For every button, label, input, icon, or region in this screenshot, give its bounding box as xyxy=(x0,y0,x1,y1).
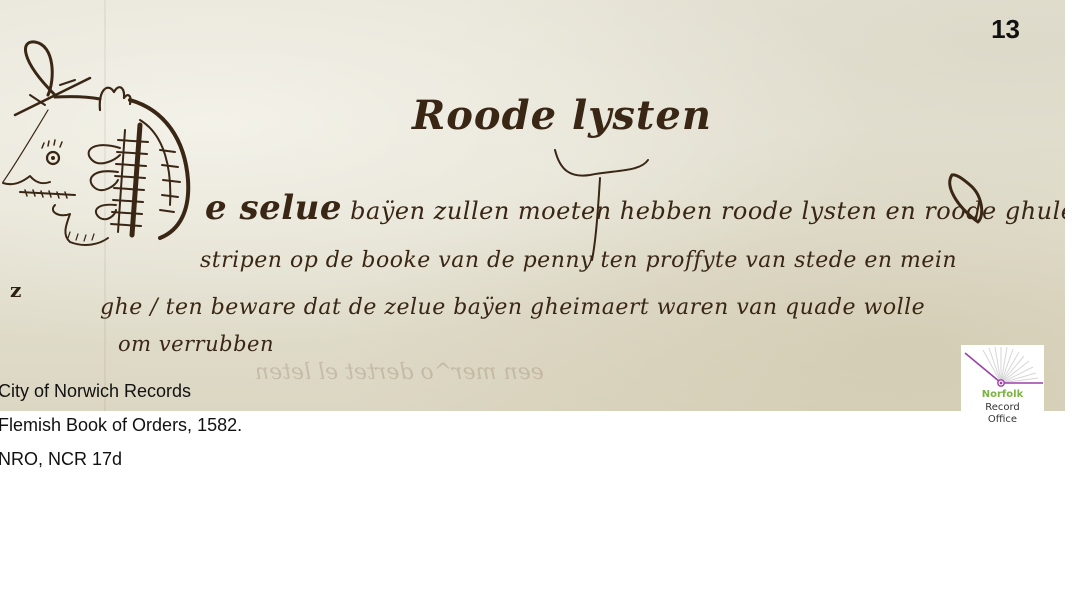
logo-text-record: Record xyxy=(961,402,1044,414)
slide-page-number: 13 xyxy=(991,14,1020,45)
manuscript-image: Roode lysten e selue baÿen zullen moeten… xyxy=(0,0,1065,411)
logo-text-norfolk: Norfolk xyxy=(961,389,1044,401)
manuscript-line-4: om verrubben xyxy=(118,332,274,356)
caption-collection: City of Norwich Records xyxy=(0,381,191,402)
caption-document-title: Flemish Book of Orders, 1582. xyxy=(0,415,242,436)
logo-text-office: Office xyxy=(961,414,1044,426)
manuscript-line-1: e selue baÿen zullen moeten hebben roode… xyxy=(205,188,1065,228)
margin-mark: z xyxy=(10,278,21,302)
manuscript-line-1-lead: e selue xyxy=(205,188,342,228)
manuscript-line-2: stripen op de booke van de penny ten pro… xyxy=(200,248,957,273)
caption-reference: NRO, NCR 17d xyxy=(0,449,122,470)
manuscript-line-3: ghe / ten beware dat de zelue baÿen ghei… xyxy=(100,295,925,320)
open-book-fan-icon xyxy=(961,345,1044,390)
manuscript-heading: Roode lysten xyxy=(412,92,712,139)
norfolk-record-office-logo: Norfolk Record Office xyxy=(961,345,1044,431)
manuscript-line-1-text: baÿen zullen moeten hebben roode lysten … xyxy=(350,197,1065,225)
bleed-through-text: een mer^o dertet el leten xyxy=(255,360,544,385)
